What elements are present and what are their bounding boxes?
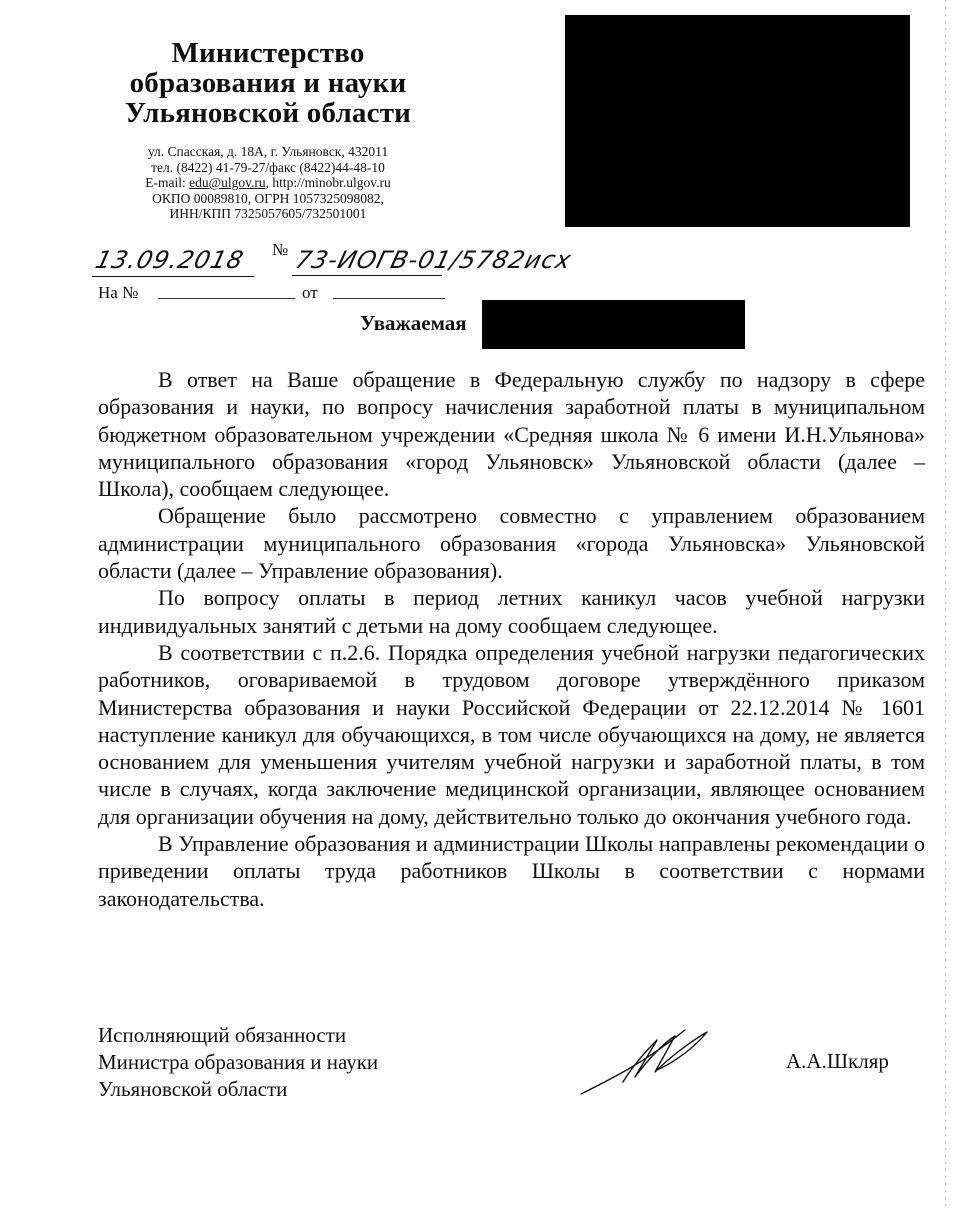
org-address: ул. Спасская, д. 18А, г. Ульяновск, 4320… <box>98 144 438 160</box>
position-line1: Исполняющий обязанности <box>98 1022 378 1049</box>
email-link[interactable]: edu@ulgov.ru <box>189 175 265 190</box>
position-line2: Министра образования и науки <box>98 1049 378 1076</box>
letter-body: В ответ на Ваше обращение в Федеральную … <box>98 366 925 912</box>
handwritten-date: 13.09.2018 <box>93 246 247 274</box>
position-line3: Ульяновской области <box>98 1076 378 1103</box>
reference-number-label: На № <box>98 283 138 303</box>
org-inn-kpp: ИНН/КПП 7325057605/732501001 <box>98 206 438 222</box>
signatory-position: Исполняющий обязанности Министра образов… <box>98 1022 378 1103</box>
reference-from-label: от <box>302 283 318 303</box>
scan-artifact-line <box>945 0 946 1208</box>
registration-number-underline <box>292 275 442 276</box>
body-paragraph: В соответствии с п.2.6. Порядка определе… <box>98 639 925 830</box>
registration-number: 73-ИОГВ-01/5782исх <box>292 246 582 276</box>
signer-name: А.А.Шкляр <box>786 1049 889 1074</box>
body-paragraph: В Управление образования и администрации… <box>98 830 925 912</box>
org-name-line2: образования и науки <box>98 68 438 98</box>
org-name: Министерство образования и науки Ульянов… <box>98 38 438 128</box>
body-paragraph: В ответ на Ваше обращение в Федеральную … <box>98 366 925 502</box>
email-label: E-mail: <box>145 175 189 190</box>
letterhead: Министерство образования и науки Ульянов… <box>98 38 438 222</box>
redacted-recipient-name <box>482 300 745 349</box>
registration-date: 13.09.2018 <box>92 246 254 277</box>
reference-from-blank <box>333 298 445 299</box>
org-name-line1: Министерство <box>98 38 438 68</box>
org-email-line: E-mail: edu@ulgov.ru, http://minobr.ulgo… <box>98 175 438 191</box>
handwritten-signature-icon <box>575 1022 715 1097</box>
org-name-line3: Ульяновской области <box>98 98 438 128</box>
handwritten-number: 73-ИОГВ-01/5782исх <box>293 246 575 274</box>
org-phone: тел. (8422) 41-79-27/факс (8422)44-48-10 <box>98 160 438 176</box>
salutation: Уважаемая <box>360 311 467 336</box>
org-okpo-ogrn: ОКПО 00089810, ОГРН 1057325098082, <box>98 191 438 207</box>
website: , http://minobr.ulgov.ru <box>266 175 391 190</box>
body-paragraph: По вопросу оплаты в период летних канику… <box>98 584 925 639</box>
reference-number-blank <box>158 298 295 299</box>
org-contacts: ул. Спасская, д. 18А, г. Ульяновск, 4320… <box>98 144 438 222</box>
registration-number-label: № <box>272 240 288 260</box>
redacted-addressee-block <box>565 15 910 227</box>
letter-page: Министерство образования и науки Ульянов… <box>0 0 960 1208</box>
body-paragraph: Обращение было рассмотрено совместно с у… <box>98 502 925 584</box>
